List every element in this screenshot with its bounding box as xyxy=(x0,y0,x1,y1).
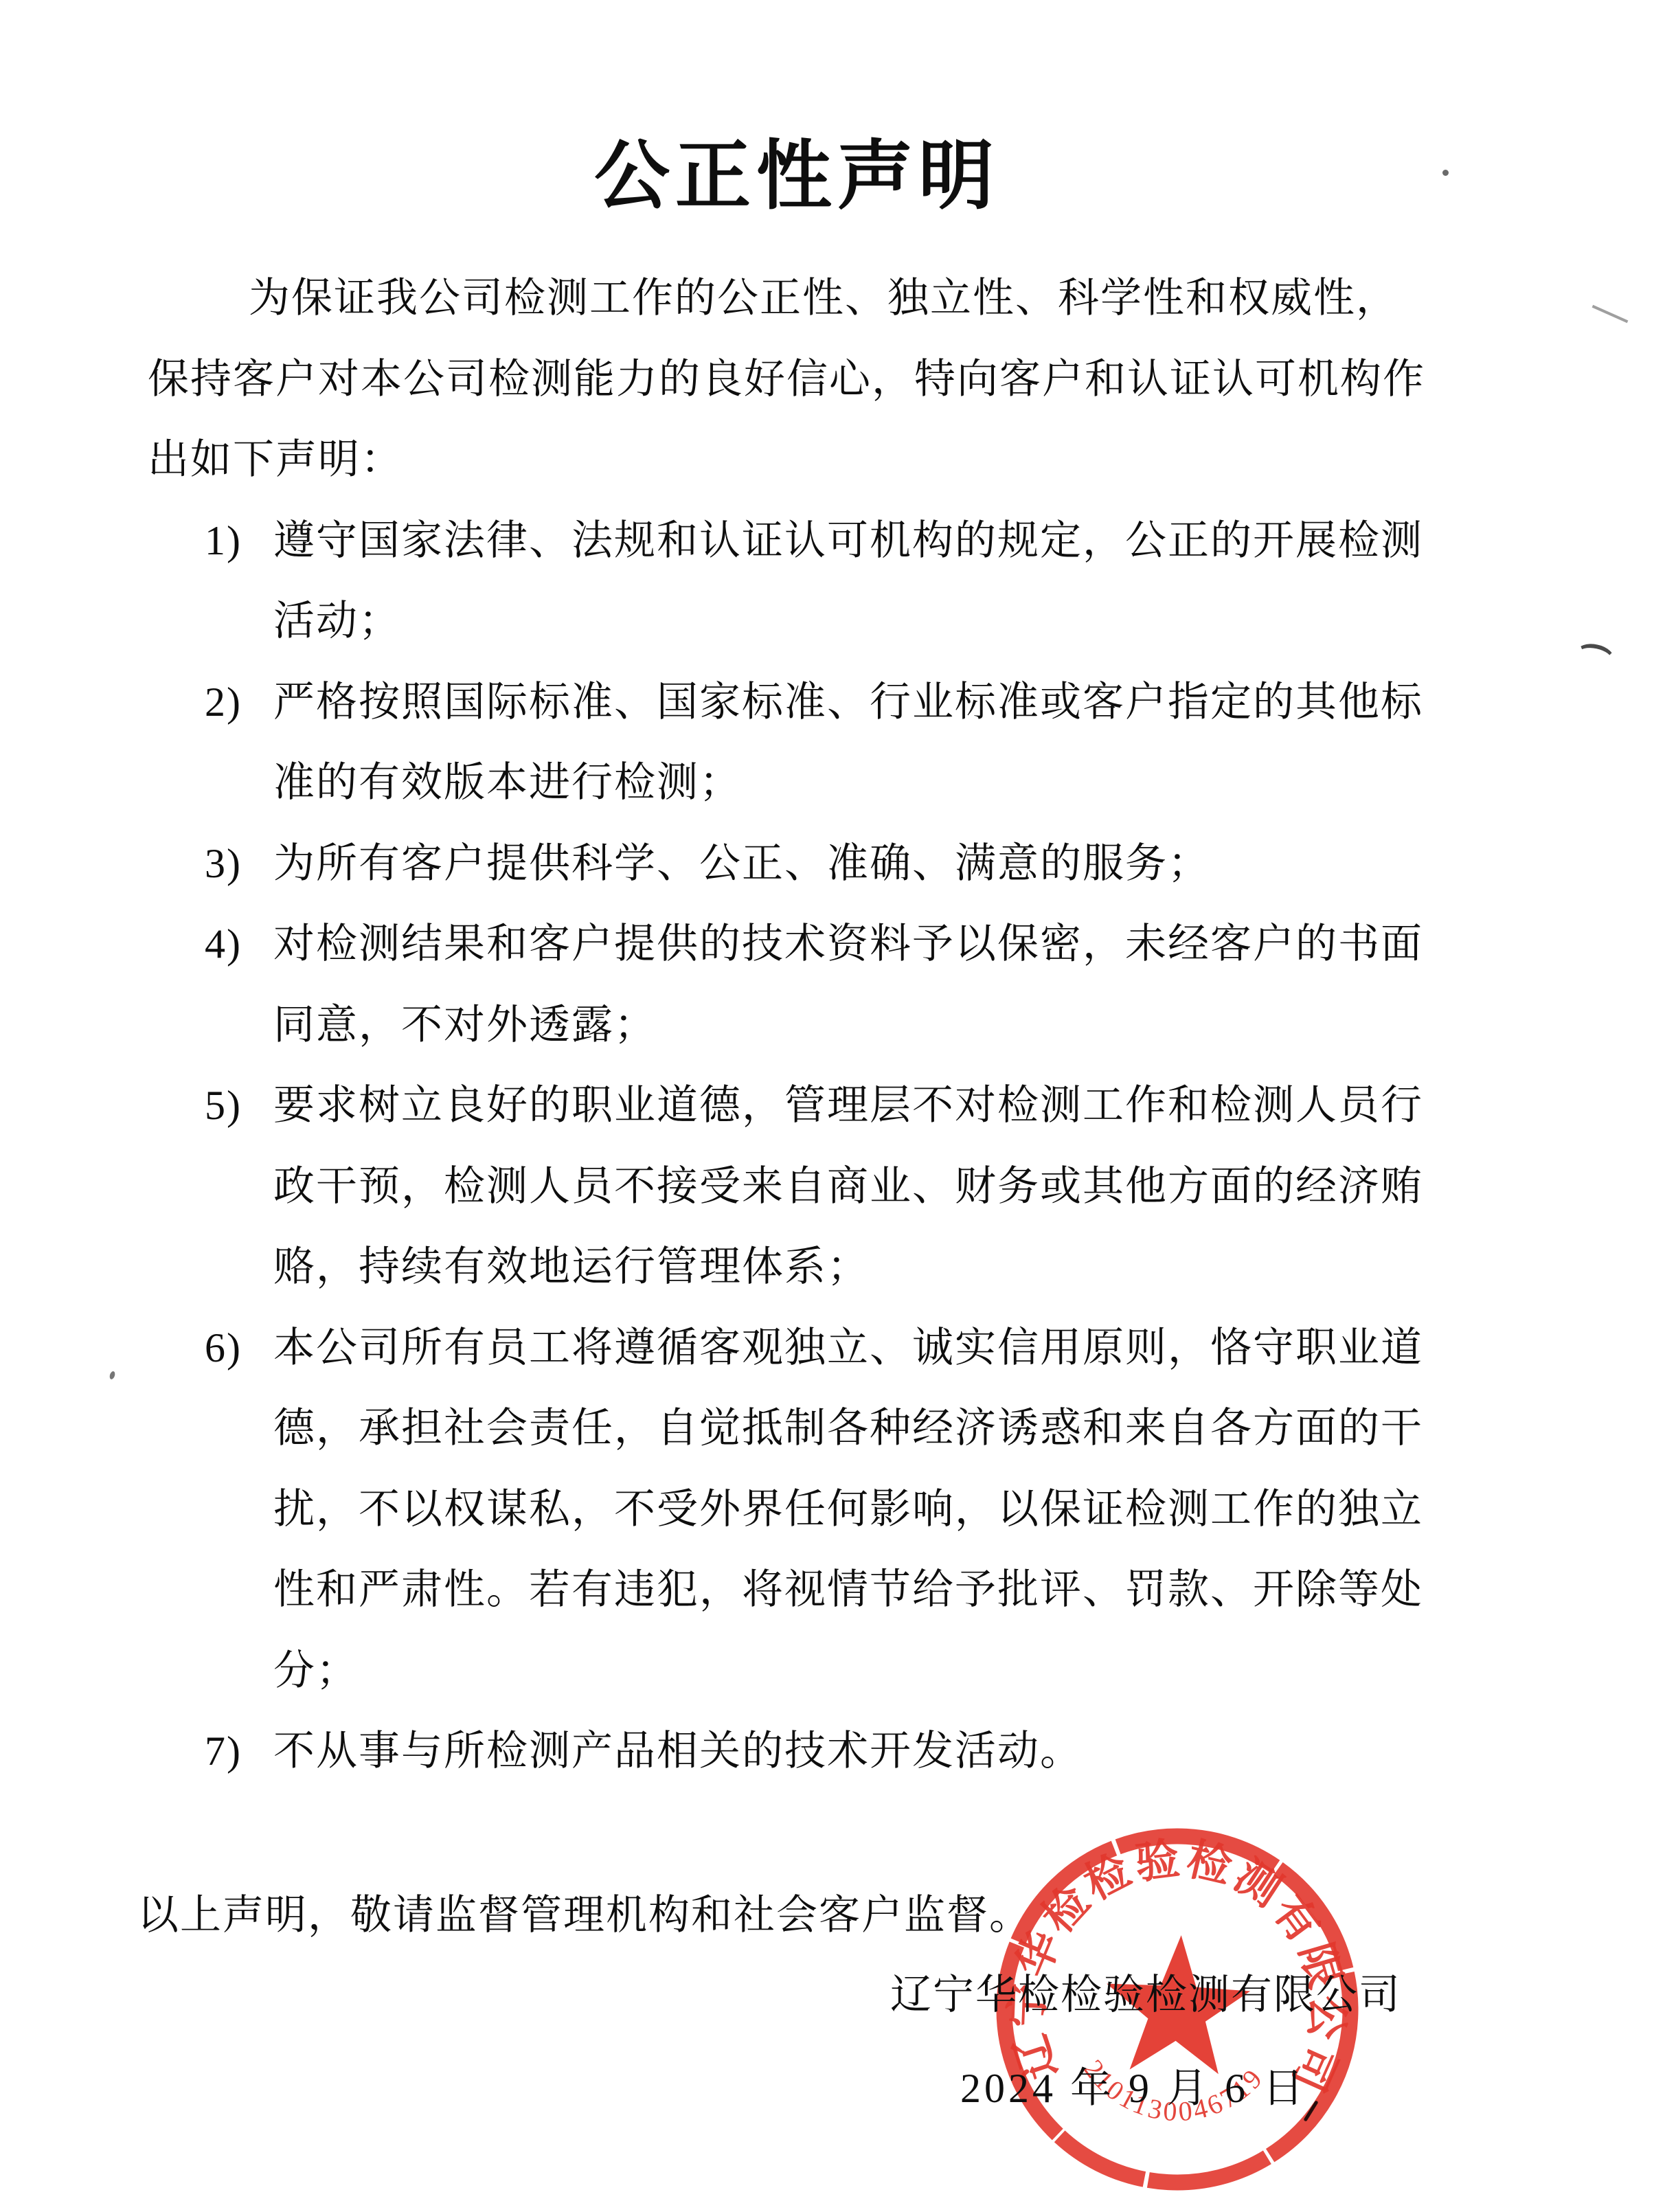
body-line: 为保证我公司检测工作的公正性、独立性、科学性和权威性， xyxy=(0,258,1665,339)
item-text: 赂，持续有效地运行管理体系； xyxy=(273,1244,870,1289)
scanned-document-page: 公正性声明 为保证我公司检测工作的公正性、独立性、科学性和权威性，保持客户对本公… xyxy=(0,0,1665,2212)
item-number: 4) xyxy=(205,904,273,985)
body-line: 分； xyxy=(0,1631,1665,1712)
body-line: 扰，不以权谋私，不受外界任何影响，以保证检测工作的独立 xyxy=(0,1469,1665,1550)
item-number: 6) xyxy=(205,1308,273,1389)
body-line: 6)本公司所有员工将遵循客观独立、诚实信用原则，恪守职业道 xyxy=(0,1308,1665,1389)
item-text: 德，承担社会责任，自觉抵制各种经济诱惑和来自各方面的干 xyxy=(273,1406,1423,1451)
body-line: 5)要求树立良好的职业道德，管理层不对检测工作和检测人员行 xyxy=(0,1065,1665,1147)
body-line: 政干预，检测人员不接受来自商业、财务或其他方面的经济贿 xyxy=(0,1147,1665,1228)
item-text: 政干预，检测人员不接受来自商业、财务或其他方面的经济贿 xyxy=(273,1164,1423,1209)
body-line: 4)对检测结果和客户提供的技术资料予以保密，未经客户的书面 xyxy=(0,904,1665,985)
item-number: 5) xyxy=(205,1065,273,1147)
body-line: 7)不从事与所检测产品相关的技术开发活动。 xyxy=(0,1711,1665,1792)
closing-statement: 以上声明，敬请监督管理机构和社会客户监督。 xyxy=(137,1882,1032,1941)
body-line: 活动； xyxy=(0,581,1665,662)
document-body: 为保证我公司检测工作的公正性、独立性、科学性和权威性，保持客户对本公司检测能力的… xyxy=(0,258,1665,1792)
item-text: 扰，不以权谋私，不受外界任何影响，以保证检测工作的独立 xyxy=(273,1487,1423,1532)
body-line: 保持客户对本公司检测能力的良好信心，特向客户和认证认可机构作 xyxy=(0,339,1665,420)
item-text: 性和严肃性。若有违犯，将视情节给予批评、罚款、开除等处 xyxy=(273,1567,1423,1612)
item-text: 遵守国家法律、法规和认证认可机构的规定，公正的开展检测 xyxy=(273,518,1423,563)
body-line: 同意，不对外透露； xyxy=(0,985,1665,1066)
item-text: 分； xyxy=(273,1648,359,1693)
body-line: 2)严格按照国际标准、国家标准、行业标准或客户指定的其他标 xyxy=(0,662,1665,743)
item-number: 2) xyxy=(205,662,273,743)
body-line: 1)遵守国家法律、法规和认证认可机构的规定，公正的开展检测 xyxy=(0,501,1665,582)
item-text: 为所有客户提供科学、公正、准确、满意的服务； xyxy=(273,841,1210,886)
document-title: 公正性声明 xyxy=(0,115,1629,224)
signature-company-name: 辽宁华检检验检测有限公司 xyxy=(890,1962,1401,2021)
signature-date: 2024 年 9 月 6 日 xyxy=(960,2055,1307,2114)
body-line: 性和严肃性。若有违犯，将视情节给予批评、罚款、开除等处 xyxy=(0,1550,1665,1631)
item-text: 同意，不对外透露； xyxy=(273,1002,657,1048)
item-text: 严格按照国际标准、国家标准、行业标准或客户指定的其他标 xyxy=(273,679,1423,725)
item-text: 不从事与所检测产品相关的技术开发活动。 xyxy=(273,1728,1083,1774)
item-text: 本公司所有员工将遵循客观独立、诚实信用原则，恪守职业道 xyxy=(273,1325,1423,1370)
item-number: 1) xyxy=(205,501,273,582)
item-number: 3) xyxy=(205,824,273,905)
body-line: 出如下声明： xyxy=(0,420,1665,501)
body-line: 赂，持续有效地运行管理体系； xyxy=(0,1227,1665,1308)
item-number: 7) xyxy=(205,1711,273,1792)
item-text: 要求树立良好的职业道德，管理层不对检测工作和检测人员行 xyxy=(273,1083,1423,1128)
scan-artifact-dot xyxy=(1442,170,1449,176)
item-text: 对检测结果和客户提供的技术资料予以保密，未经客户的书面 xyxy=(273,921,1423,967)
body-line: 3)为所有客户提供科学、公正、准确、满意的服务； xyxy=(0,824,1665,905)
body-line: 德，承担社会责任，自觉抵制各种经济诱惑和来自各方面的干 xyxy=(0,1388,1665,1469)
body-line: 准的有效版本进行检测； xyxy=(0,743,1665,824)
item-text: 准的有效版本进行检测； xyxy=(273,760,742,805)
item-text: 活动； xyxy=(273,598,401,644)
